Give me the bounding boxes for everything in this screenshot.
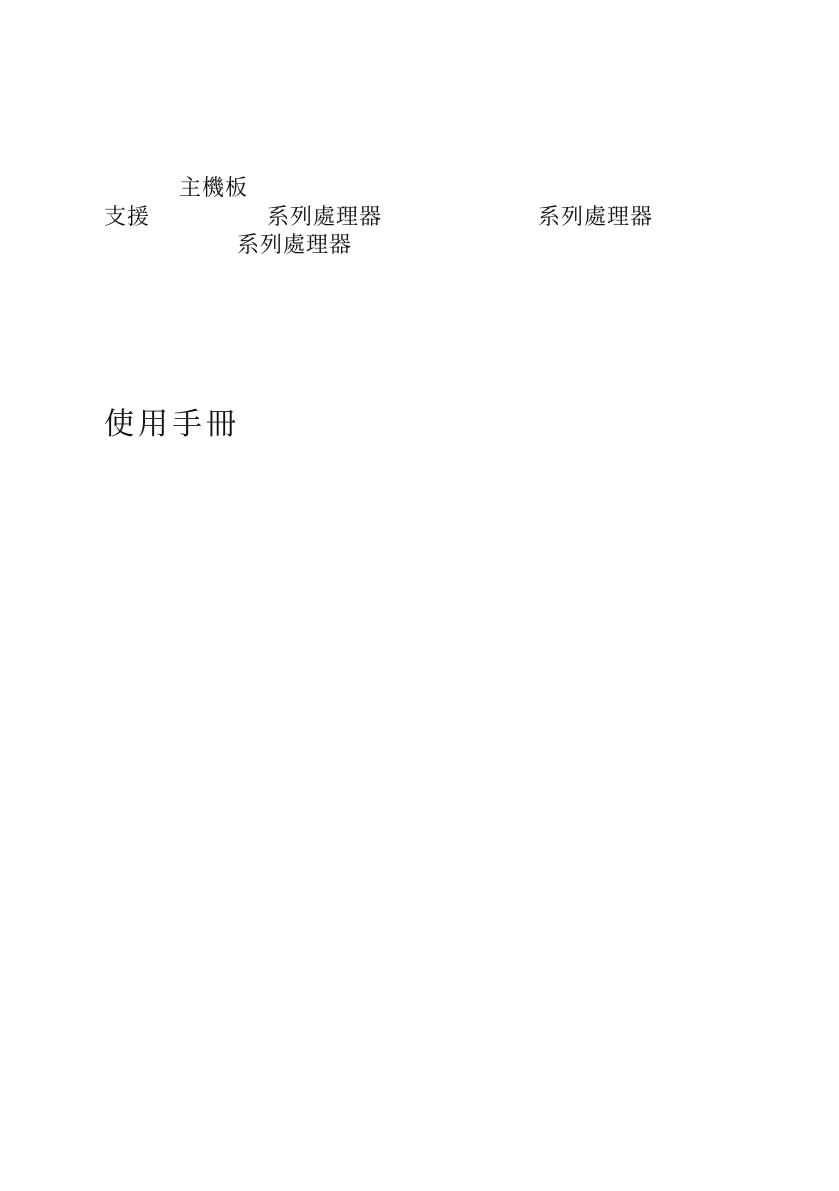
support-label: 支援 (104, 207, 150, 229)
processor-series-label-c: 系列處理器 (237, 235, 352, 257)
motherboard-label: 主機板 (179, 178, 248, 200)
manual-title: 使用手冊 (104, 410, 240, 440)
processor-series-label-a: 系列處理器 (267, 207, 382, 229)
processor-series-label-b: 系列處理器 (538, 207, 653, 229)
